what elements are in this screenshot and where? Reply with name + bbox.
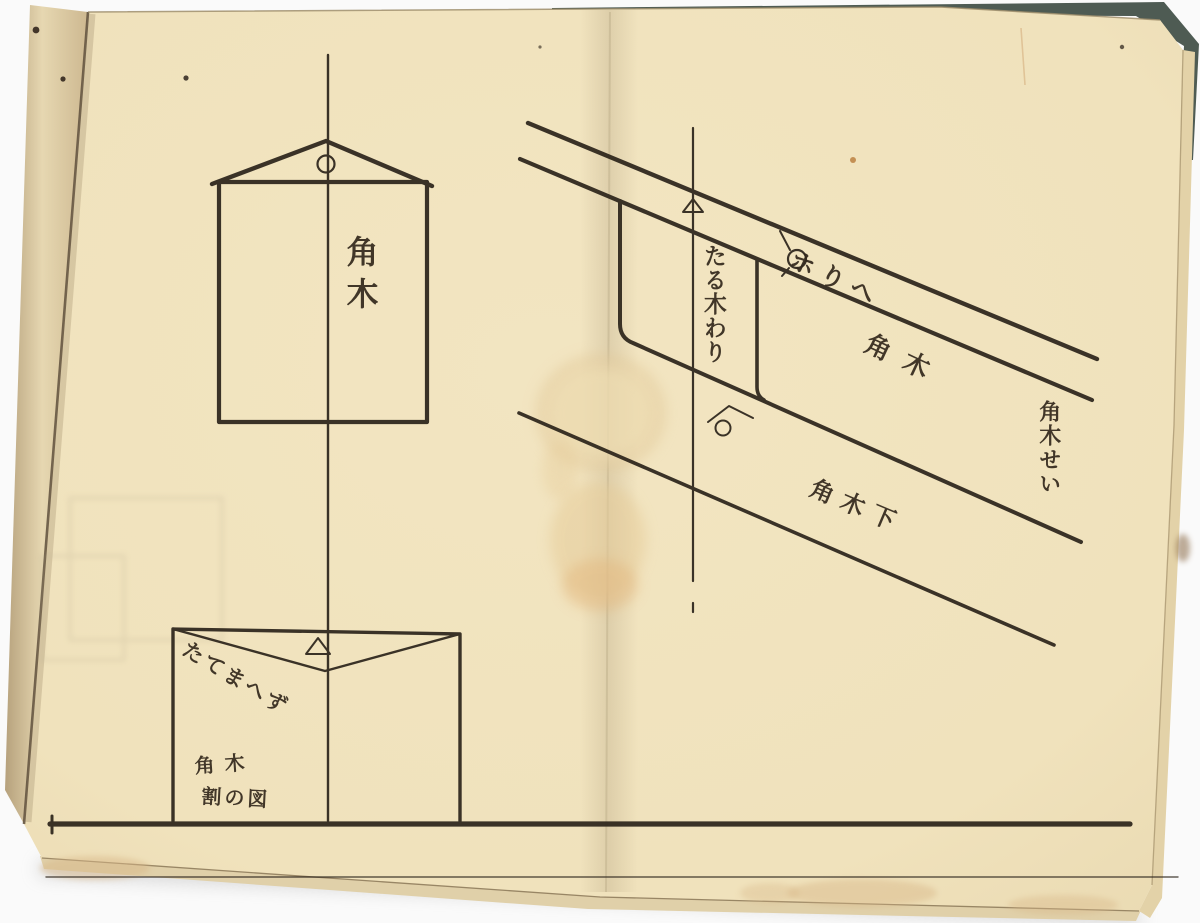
label-timber-left: 角木 [343, 235, 378, 319]
label-rafter-spacing: たる木わり [700, 244, 725, 364]
stitch-hole [60, 76, 65, 81]
label-timber-height: 角木せい [1036, 400, 1060, 496]
label-caption-line1: 角木 [194, 752, 255, 778]
label-caption-line2: 割の図 [201, 786, 271, 811]
book-drawing [0, 0, 1200, 923]
stitch-hole [33, 27, 40, 34]
book-spread-photo: 角木 たてまへず 角木 割の図 たる木わり ホりへ 角木 角木下 角木せい [0, 0, 1200, 923]
